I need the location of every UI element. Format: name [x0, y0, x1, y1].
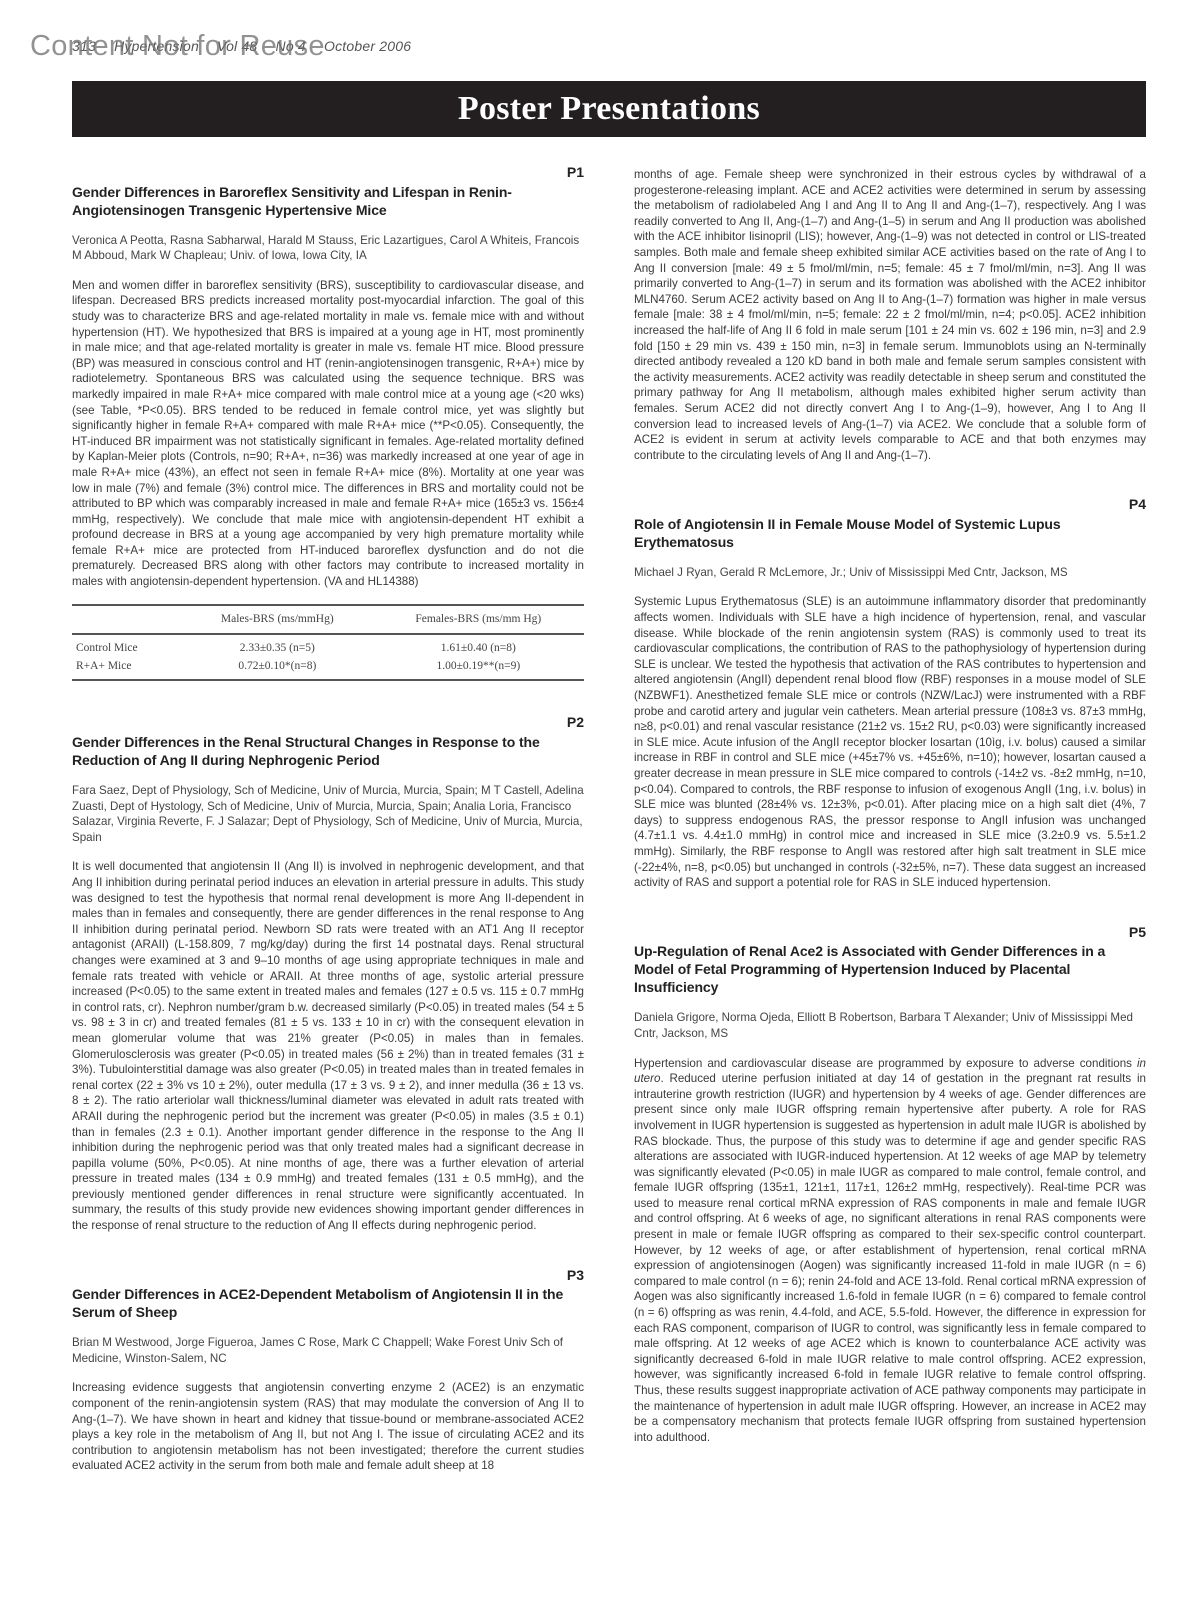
table-cell: 1.00±0.19**(n=9) — [373, 658, 584, 681]
table-row: Control Mice 2.33±0.35 (n=5) 1.61±0.40 (… — [72, 634, 584, 658]
abstract-number: P3 — [72, 1268, 584, 1284]
right-column: months of age. Female sheep were synchro… — [634, 167, 1146, 1445]
abstract-number: P2 — [72, 715, 584, 731]
table-header: Males-BRS (ms/mmHg) — [182, 605, 373, 635]
table-row: R+A+ Mice 0.72±0.10*(n=8) 1.00±0.19**(n=… — [72, 658, 584, 681]
section-title: Poster Presentations — [458, 90, 760, 128]
abstract-body: Men and women differ in baroreflex sensi… — [72, 278, 584, 590]
issue-date: October 2006 — [324, 38, 411, 54]
abstract-authors: Brian M Westwood, Jorge Figueroa, James … — [72, 1335, 584, 1366]
section-banner: Poster Presentations — [72, 81, 1146, 137]
volume: Vol 48 — [217, 38, 257, 54]
abstract-p4: P4 Role of Angiotensin II in Female Mous… — [634, 497, 1146, 890]
abstract-authors: Michael J Ryan, Gerald R McLemore, Jr.; … — [634, 565, 1146, 581]
abstract-body-lead: Hypertension and cardiovascular disease … — [634, 1057, 1137, 1070]
table-cell: Control Mice — [72, 634, 182, 658]
issue: No 4 — [276, 38, 306, 54]
abstract-title: Gender Differences in the Renal Structur… — [72, 733, 584, 769]
table-cell: 0.72±0.10*(n=8) — [182, 658, 373, 681]
abstract-body: Hypertension and cardiovascular disease … — [634, 1056, 1146, 1446]
abstract-authors: Daniela Grigore, Norma Ojeda, Elliott B … — [634, 1010, 1146, 1041]
abstract-authors: Fara Saez, Dept of Physiology, Sch of Me… — [72, 783, 584, 845]
abstract-body: Systemic Lupus Erythematosus (SLE) is an… — [634, 594, 1146, 890]
table-header — [72, 605, 182, 635]
journal-name: Hypertension — [114, 38, 199, 54]
abstract-title: Gender Differences in ACE2-Dependent Met… — [72, 1285, 584, 1321]
abstract-body-part2: months of age. Female sheep were synchro… — [634, 167, 1146, 463]
abstract-p3-continued: months of age. Female sheep were synchro… — [634, 167, 1146, 463]
abstract-number: P5 — [634, 925, 1146, 941]
abstract-p5: P5 Up-Regulation of Renal Ace2 is Associ… — [634, 925, 1146, 1446]
abstract-body-rest: . Reduced uterine perfusion initiated at… — [634, 1072, 1146, 1444]
abstract-p1: P1 Gender Differences in Baroreflex Sens… — [72, 165, 584, 681]
abstract-title: Up-Regulation of Renal Ace2 is Associate… — [634, 942, 1146, 996]
abstract-number: P4 — [634, 497, 1146, 513]
abstract-title: Role of Angiotensin II in Female Mouse M… — [634, 515, 1146, 551]
abstract-body-part1: Increasing evidence suggests that angiot… — [72, 1380, 584, 1474]
abstract-body: It is well documented that angiotensin I… — [72, 859, 584, 1233]
abstract-number: P1 — [72, 165, 584, 181]
page-number: 313 — [72, 38, 96, 54]
abstract-title: Gender Differences in Baroreflex Sensiti… — [72, 183, 584, 219]
running-head: 313 Hypertension Vol 48 No 4 October 200… — [72, 38, 425, 54]
abstract-authors: Veronica A Peotta, Rasna Sabharwal, Hara… — [72, 233, 584, 264]
table-header: Females-BRS (ms/mm Hg) — [373, 605, 584, 635]
left-column: P1 Gender Differences in Baroreflex Sens… — [72, 165, 584, 1474]
brs-table: Males-BRS (ms/mmHg) Females-BRS (ms/mm H… — [72, 604, 584, 682]
table-cell: 1.61±0.40 (n=8) — [373, 634, 584, 658]
table-cell: R+A+ Mice — [72, 658, 182, 681]
abstract-p3: P3 Gender Differences in ACE2-Dependent … — [72, 1268, 584, 1474]
table-cell: 2.33±0.35 (n=5) — [182, 634, 373, 658]
table-header-row: Males-BRS (ms/mmHg) Females-BRS (ms/mm H… — [72, 605, 584, 635]
abstract-p2: P2 Gender Differences in the Renal Struc… — [72, 715, 584, 1233]
